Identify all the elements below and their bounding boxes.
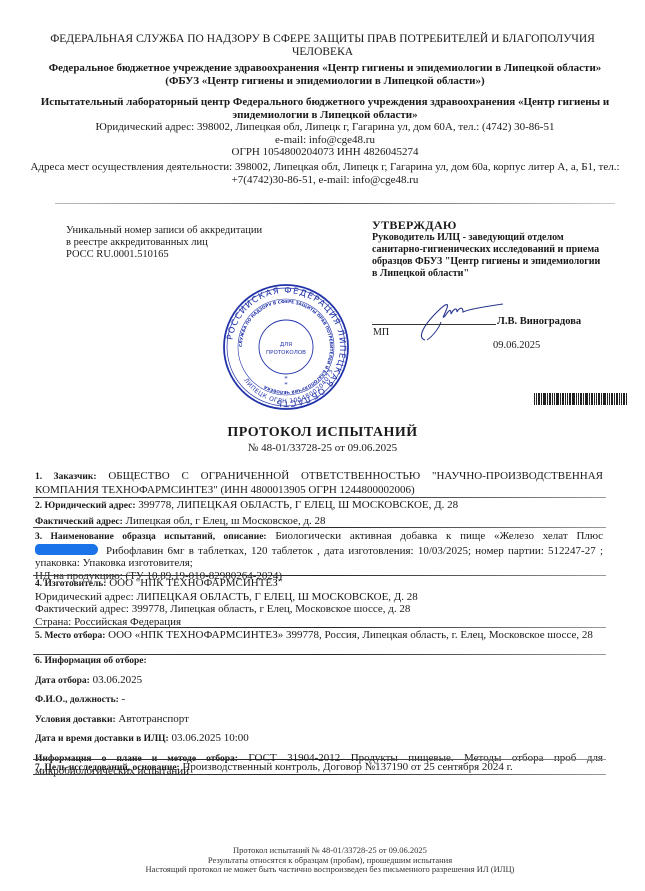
page-footer: Протокол испытаний № 48-01/33728-25 от 0… <box>110 846 550 875</box>
manufacturer-value: ООО "НПК ТЕХНОФАРМСИНТЕЗ" <box>109 577 282 589</box>
sampling-info-label: 6. Информация об отборе: <box>35 655 603 668</box>
delivery-conditions-value: Автотранспорт <box>118 713 189 725</box>
sample-desc-b: Рибофлавин 6мг в таблетках, 120 таблеток… <box>35 545 603 570</box>
signature-icon <box>415 298 505 343</box>
section-divider <box>33 774 606 775</box>
ogrn-inn: ОГРН 1054800204073 ИНН 4826045274 <box>40 146 610 159</box>
customer-value: ОБЩЕСТВО С ОГРАНИЧЕННОЙ ОТВЕТСТВЕННОСТЬЮ… <box>35 470 603 496</box>
activity-address: Адреса мест осуществления деятельности: … <box>30 161 620 187</box>
manufacturer-actual-address: Фактический адрес: 399778, Липецкая обла… <box>35 603 603 616</box>
institution-line2: (ФБУЗ «Центр гигиены и эпидемиологии в Л… <box>20 75 630 88</box>
fio-label: Ф.И.О., должность: <box>35 695 119 705</box>
footer-copy-note: Настоящий протокол не может быть частичн… <box>110 865 550 875</box>
section-divider <box>33 497 606 498</box>
agency-name: ФЕДЕРАЛЬНАЯ СЛУЖБА ПО НАДЗОРУ В СФЕРЕ ЗА… <box>40 33 605 59</box>
legal-address-value: 399778, ЛИПЕЦКАЯ ОБЛАСТЬ, Г ЕЛЕЦ, Ш МОСК… <box>138 499 458 511</box>
section-divider <box>33 527 606 528</box>
section-divider <box>33 759 606 760</box>
actual-address-label: Фактический адрес: <box>35 517 123 527</box>
sample-label: 3. Наименование образца испытаний, описа… <box>35 532 267 542</box>
approval-block: УТВЕРЖДАЮ Руководитель ИЛЦ - заведующий … <box>372 219 602 280</box>
svg-text:ПРОТОКОЛОВ: ПРОТОКОЛОВ <box>266 350 306 356</box>
signer-name: Л.В. Виноградова <box>497 316 581 327</box>
section-purpose: 7. Цель исследований, основание: Произво… <box>35 761 603 775</box>
mp-label: МП <box>373 327 389 338</box>
barcode-icon <box>534 393 628 405</box>
fio-value: - <box>122 693 126 705</box>
protocol-number: № 48-01/33728-25 от 09.06.2025 <box>150 442 495 454</box>
customer-label: 1. Заказчик: <box>35 472 97 482</box>
section-sampling-place: 5. Место отбора: ООО «НПК ТЕХНОФАРМСИНТЕ… <box>35 629 603 643</box>
sampling-place-label: 5. Место отбора: <box>35 631 105 641</box>
manufacturer-legal-address: Юридический адрес: ЛИПЕЦКАЯ ОБЛАСТЬ, Г Е… <box>35 591 603 604</box>
institution-name: Федеральное бюджетное учреждение здравоо… <box>20 62 630 88</box>
institution-line1: Федеральное бюджетное учреждение здравоо… <box>20 62 630 75</box>
approver-position: Руководитель ИЛЦ - заведующий отделом са… <box>372 232 602 280</box>
section-customer: 1. Заказчик: ОБЩЕСТВО С ОГРАНИЧЕННОЙ ОТВ… <box>35 470 603 496</box>
section-manufacturer: 4. Изготовитель: ООО "НПК ТЕХНОФАРМСИНТЕ… <box>35 577 603 628</box>
svg-text:ДЛЯ: ДЛЯ <box>280 342 292 348</box>
purpose-label: 7. Цель исследований, основание: <box>35 763 180 773</box>
sample-desc-a: Биологически активная добавка к пище «Же… <box>275 530 603 542</box>
lab-name: Испытательный лабораторный центр Федерал… <box>40 96 610 121</box>
sampling-place-value: ООО «НПК ТЕХНОФАРМСИНТЕЗ» 399778, Россия… <box>108 629 593 641</box>
section-divider <box>33 575 606 576</box>
sampling-date-value: 03.06.2025 <box>93 674 143 686</box>
accreditation-line1: Уникальный номер записи об аккредитации <box>66 225 262 237</box>
delivery-datetime-value: 03.06.2025 10:00 <box>171 732 248 744</box>
accreditation-line2: в реестре аккредитованных лиц <box>66 237 262 249</box>
section-divider <box>33 627 606 628</box>
actual-address-value: Липецкая обл, г Елец, ш Московское, д. 2… <box>126 515 326 527</box>
header-divider <box>55 203 615 204</box>
official-stamp-icon: РОССИЙСКАЯ ФЕДЕРАЦИЯ ЛИПЕЦКАЯ ОБЛАСТЬ СЛ… <box>222 283 350 411</box>
delivery-conditions-label: Условия доставки: <box>35 715 116 725</box>
accreditation-block: Уникальный номер записи об аккредитации … <box>66 225 262 261</box>
legal-address-label: 2. Юридический адрес: <box>35 501 136 511</box>
sampling-date-label: Дата отбора: <box>35 676 90 686</box>
svg-text:*: * <box>284 381 288 389</box>
signature-line <box>372 324 496 325</box>
section-legal-address: 2. Юридический адрес: 399778, ЛИПЕЦКАЯ О… <box>35 499 603 528</box>
manufacturer-label: 4. Изготовитель: <box>35 579 106 589</box>
purpose-value: Производственный контроль, Договор №1371… <box>182 761 512 773</box>
legal-address: Юридический адрес: 398002, Липецкая обл,… <box>40 121 610 134</box>
lab-email: e-mail: info@cge48.ru <box>40 134 610 147</box>
approval-title: УТВЕРЖДАЮ <box>372 219 602 231</box>
lab-block: Испытательный лабораторный центр Федерал… <box>40 96 610 159</box>
accreditation-number: РОСС RU.0001.510165 <box>66 249 262 261</box>
protocol-title: ПРОТОКОЛ ИСПЫТАНИЙ <box>150 425 495 441</box>
approval-date: 09.06.2025 <box>493 340 540 351</box>
redaction-mark <box>35 544 98 555</box>
delivery-datetime-label: Дата и время доставки в ИЛЦ: <box>35 734 169 744</box>
